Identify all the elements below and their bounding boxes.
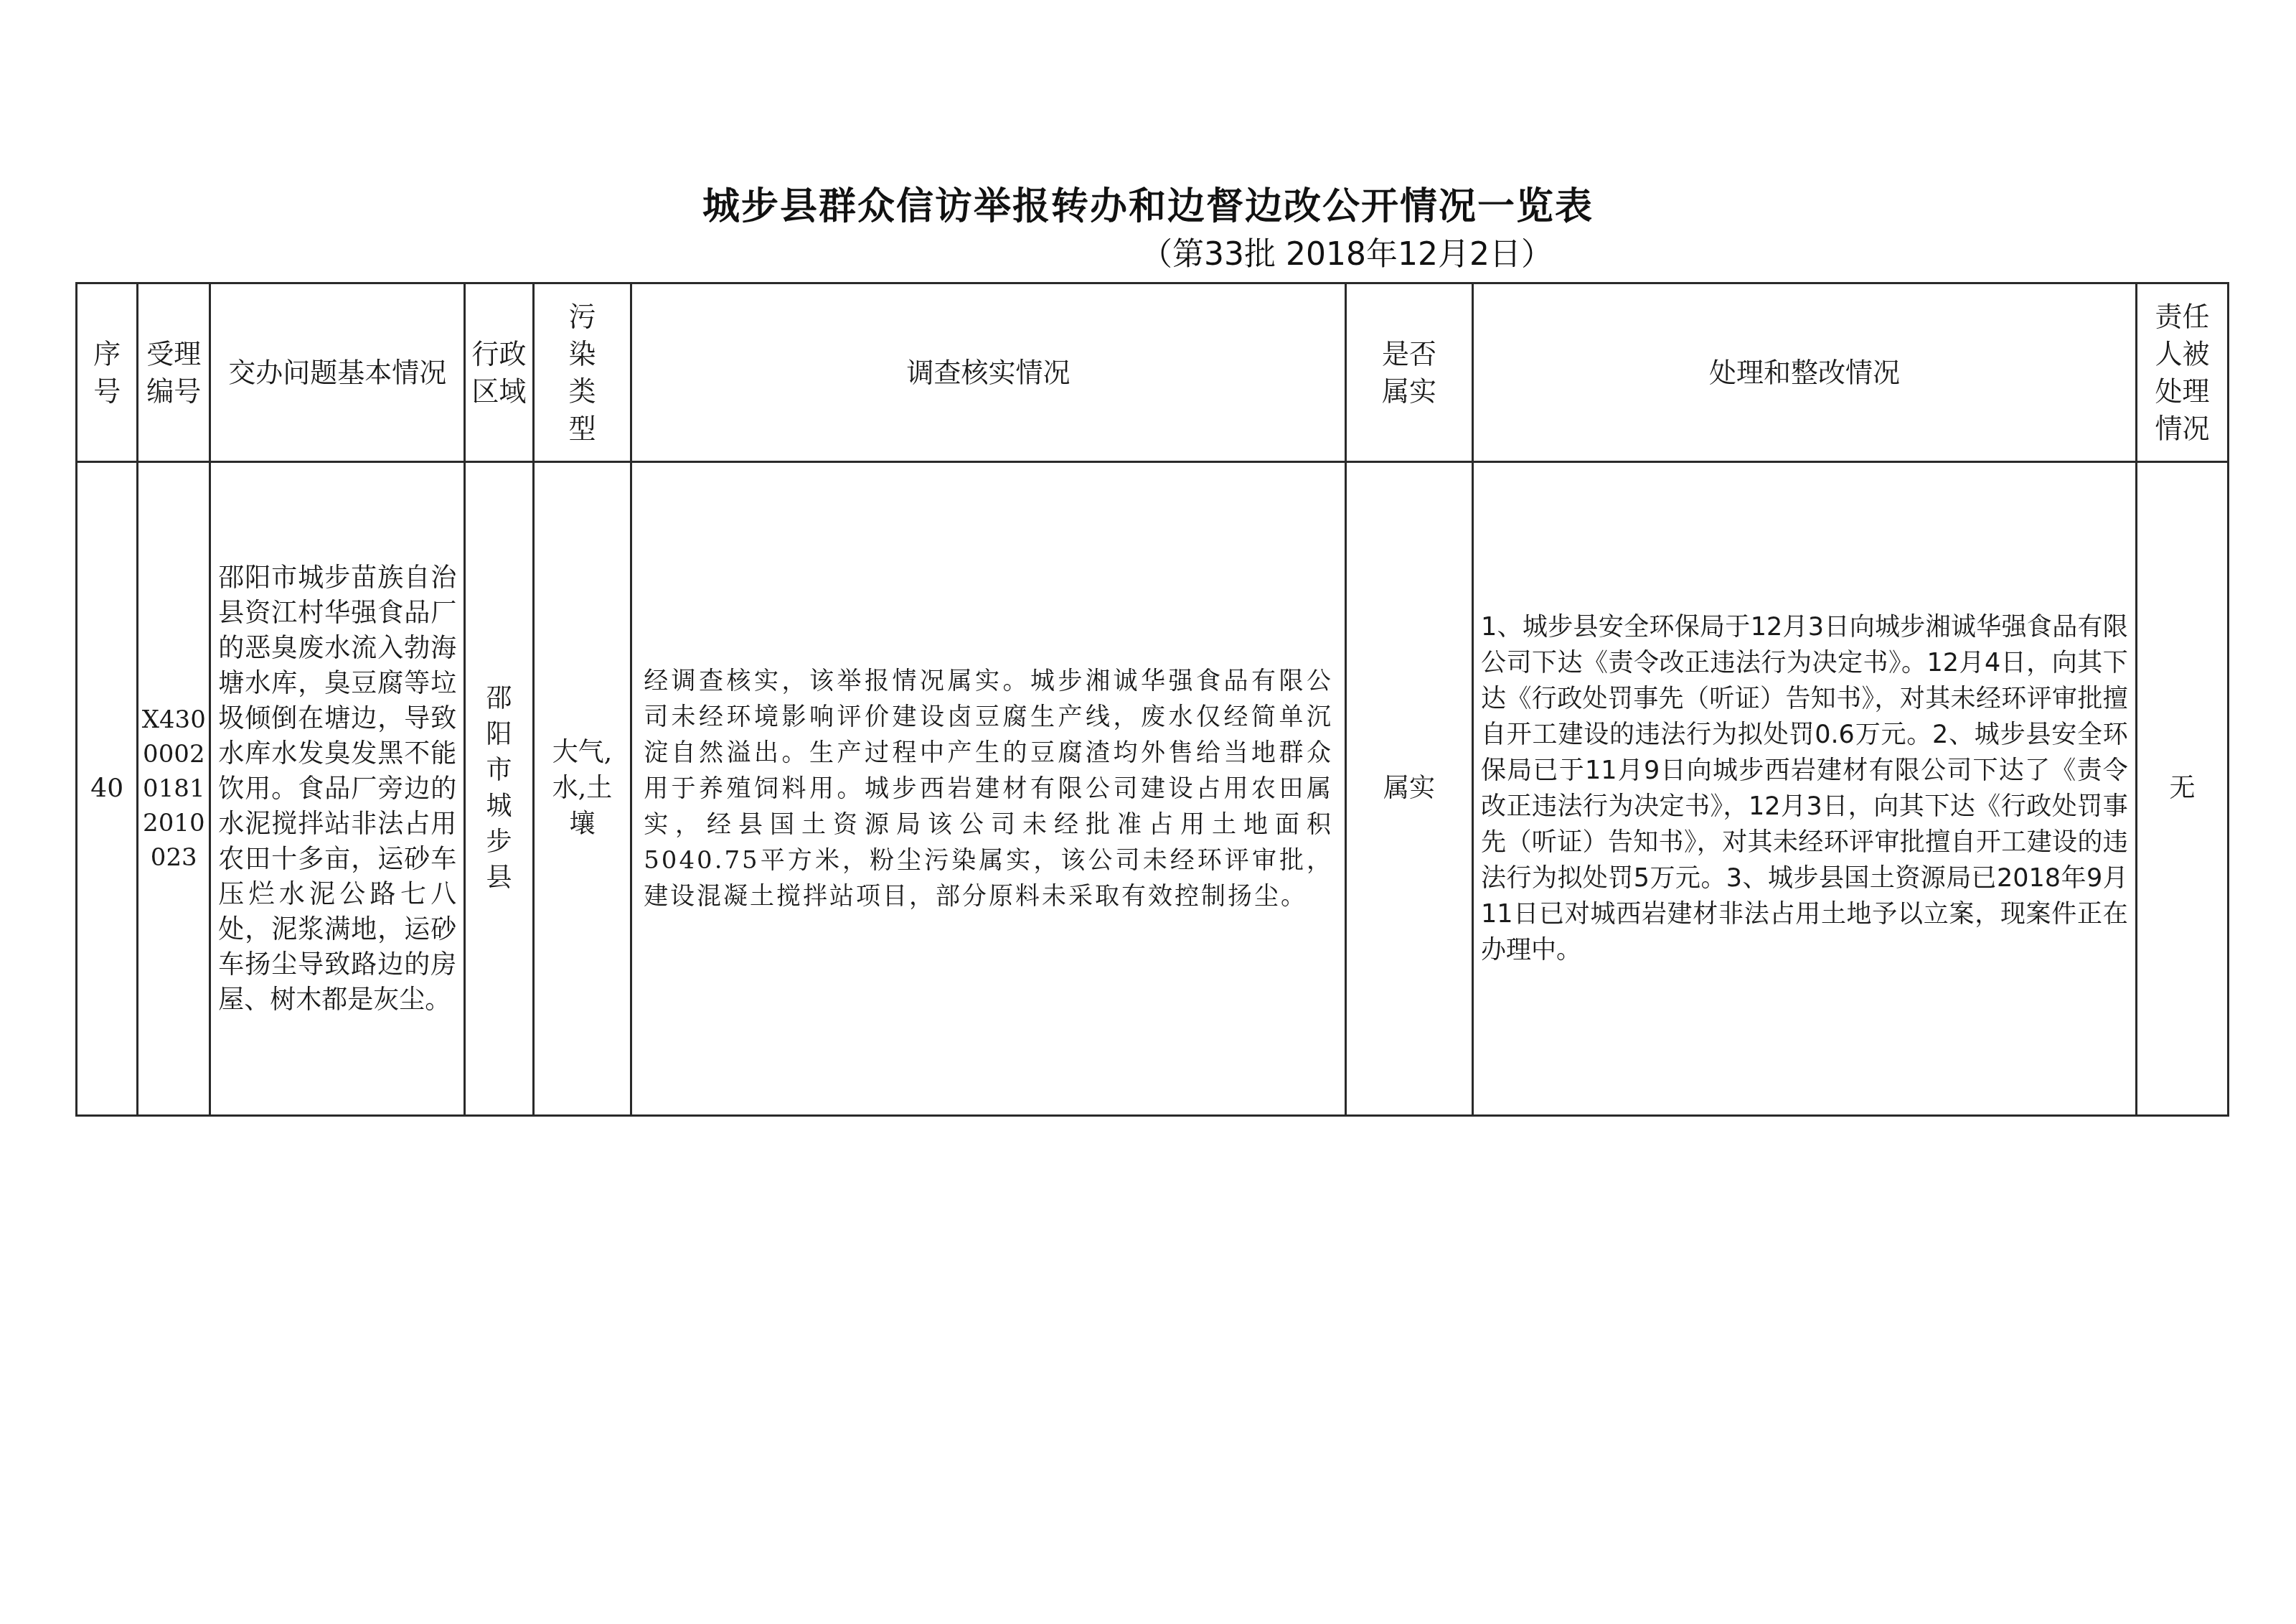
header-accountability: 责任人被处理情况 — [2136, 283, 2228, 462]
header-case-id: 受理编号 — [138, 283, 210, 462]
cell-verified: 属实 — [1346, 462, 1473, 1116]
issue-text: 邵阳市城步苗族自治县资江村华强食品厂的恶臭废水流入勃海塘水库，臭豆腐等垃圾倾倒在… — [218, 560, 456, 1018]
cell-pollution-type: 大气,水,土壤 — [533, 462, 631, 1116]
cell-handling: 1、城步县安全环保局于12月3日向城步湘诚华强食品有限公司下达《责令改正违法行为… — [1473, 462, 2137, 1116]
investigation-text: 经调查核实，该举报情况属实。城步湘诚华强食品有限公司未经环境影响评价建设卤豆腐生… — [639, 663, 1337, 914]
pollution-type-text: 大气,水,土壤 — [545, 735, 620, 842]
header-row: 序号 受理编号 交办问题基本情况 行政区域 污染类型 调查核实情况 是否属实 处… — [77, 283, 2229, 462]
table-row: 40 X430000201812010023 邵阳市城步苗族自治县资江村华强食品… — [77, 462, 2229, 1116]
region-text: 邵阳市城步县 — [476, 681, 522, 896]
header-verified: 是否属实 — [1346, 283, 1473, 462]
cell-investigation: 经调查核实，该举报情况属实。城步湘诚华强食品有限公司未经环境影响评价建设卤豆腐生… — [631, 462, 1346, 1116]
cell-case-id: X430000201812010023 — [138, 462, 210, 1116]
report-table: 序号 受理编号 交办问题基本情况 行政区域 污染类型 调查核实情况 是否属实 处… — [75, 282, 2229, 1117]
header-seq: 序号 — [77, 283, 138, 462]
header-issue: 交办问题基本情况 — [210, 283, 465, 462]
case-id-text: X430000201812010023 — [141, 703, 206, 875]
document-subtitle: （第33批 2018年12月2日） — [1141, 228, 1553, 274]
header-pollution-type: 污染类型 — [533, 283, 631, 462]
cell-seq: 40 — [77, 462, 138, 1116]
header-region: 行政区域 — [465, 283, 534, 462]
header-investigation: 调查核实情况 — [631, 283, 1346, 462]
handling-text: 1、城步县安全环保局于12月3日向城步湘诚华强食品有限公司下达《责令改正违法行为… — [1481, 609, 2128, 968]
header-handling: 处理和整改情况 — [1473, 283, 2137, 462]
cell-issue: 邵阳市城步苗族自治县资江村华强食品厂的恶臭废水流入勃海塘水库，臭豆腐等垃圾倾倒在… — [210, 462, 465, 1116]
cell-accountability: 无 — [2136, 462, 2228, 1116]
cell-region: 邵阳市城步县 — [465, 462, 534, 1116]
document-title: 城步县群众信访举报转办和边督边改公开情况一览表 — [0, 176, 2296, 230]
